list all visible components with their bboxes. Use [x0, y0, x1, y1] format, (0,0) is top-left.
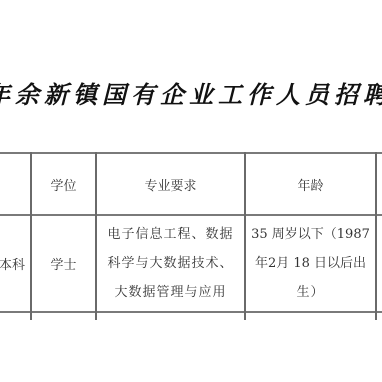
- recruitment-table: 学位 专业要求 年龄 本科 学士 电子信息工程、数据 科学与大数据技术、 大数据…: [0, 0, 382, 382]
- major-line: 科学与大数据技术、: [107, 249, 233, 278]
- age-line: 35 周岁以下（1987: [251, 220, 370, 249]
- major-line: 电子信息工程、数据: [107, 220, 233, 249]
- table-bottom-border: [0, 311, 382, 313]
- cell-degree: 学士: [32, 216, 95, 311]
- major-line: 大数据管理与应用: [114, 278, 226, 307]
- header-degree: 学位: [32, 154, 95, 214]
- age-line: 年2月 18 日以后出: [255, 249, 366, 278]
- cell-age: 35 周岁以下（1987 年2月 18 日以后出 生）: [246, 216, 375, 311]
- header-age: 年龄: [246, 154, 375, 214]
- header-major: 专业要求: [97, 154, 244, 214]
- cell-major: 电子信息工程、数据 科学与大数据技术、 大数据管理与应用: [97, 216, 244, 311]
- cell-education: 本科: [0, 216, 30, 311]
- column-divider: [375, 152, 377, 320]
- age-line: 生）: [296, 278, 324, 307]
- header-education: [0, 154, 30, 214]
- education-value: 本科: [0, 254, 25, 273]
